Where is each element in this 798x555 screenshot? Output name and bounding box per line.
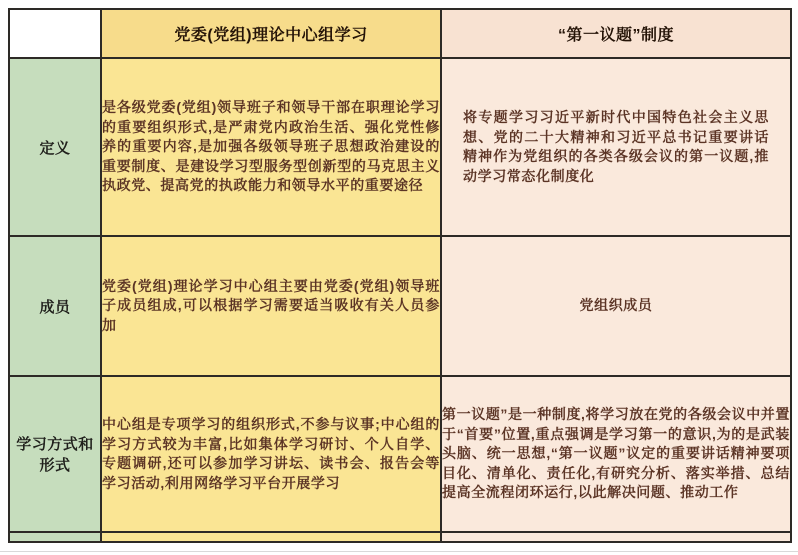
cell-members-first-topic: 党组织成员: [441, 236, 791, 376]
partial-yellow-cell: [101, 532, 441, 542]
comparison-table: 党委(党组)理论中心组学习 “第一议题”制度 定义 是各级党委(党组)领导班子和…: [8, 8, 792, 543]
comparison-table-page: 党委(党组)理论中心组学习 “第一议题”制度 定义 是各级党委(党组)领导班子和…: [0, 0, 798, 555]
partial-pink-cell: [441, 532, 791, 542]
row-members: 成员 党委(党组)理论学习中心组主要由党委(党组)领导班子成员组成,可以根据学习…: [9, 236, 791, 376]
cell-methods-first-topic: 第一议题”是一种制度,将学习放在党的各级会议中并置于“首要”位置,重点强调是学习…: [441, 376, 791, 532]
column-header-first-topic-system: “第一议题”制度: [441, 9, 791, 58]
cell-definition-first-topic: 将专题学习习近平新时代中国特色社会主义思想、党的二十大精神和习近平总书记重要讲话…: [441, 58, 791, 236]
header-row: 党委(党组)理论中心组学习 “第一议题”制度: [9, 9, 791, 58]
cell-definition-central-group: 是各级党委(党组)领导班子和领导干部在职理论学习的重要组织形式,是严肃党内政治生…: [101, 58, 441, 236]
row-label-study-methods: 学习方式和形式: [9, 376, 101, 532]
row-study-methods: 学习方式和形式 中心组是专项学习的组织形式,不参与议事;中心组的学习方式较为丰富…: [9, 376, 791, 532]
row-label-definition: 定义: [9, 58, 101, 236]
cell-members-central-group: 党委(党组)理论学习中心组主要由党委(党组)领导班子成员组成,可以根据学习需要适…: [101, 236, 441, 376]
row-label-members: 成员: [9, 236, 101, 376]
row-definition: 定义 是各级党委(党组)领导班子和领导干部在职理论学习的重要组织形式,是严肃党内…: [9, 58, 791, 236]
partial-label-cell: [9, 532, 101, 542]
column-header-central-group-study: 党委(党组)理论中心组学习: [101, 9, 441, 58]
bottom-edge-artifact: [0, 551, 798, 552]
row-partial-cutoff: [9, 532, 791, 542]
cell-methods-central-group: 中心组是专项学习的组织形式,不参与议事;中心组的学习方式较为丰富,比如集体学习研…: [101, 376, 441, 532]
corner-cell: [9, 9, 101, 58]
